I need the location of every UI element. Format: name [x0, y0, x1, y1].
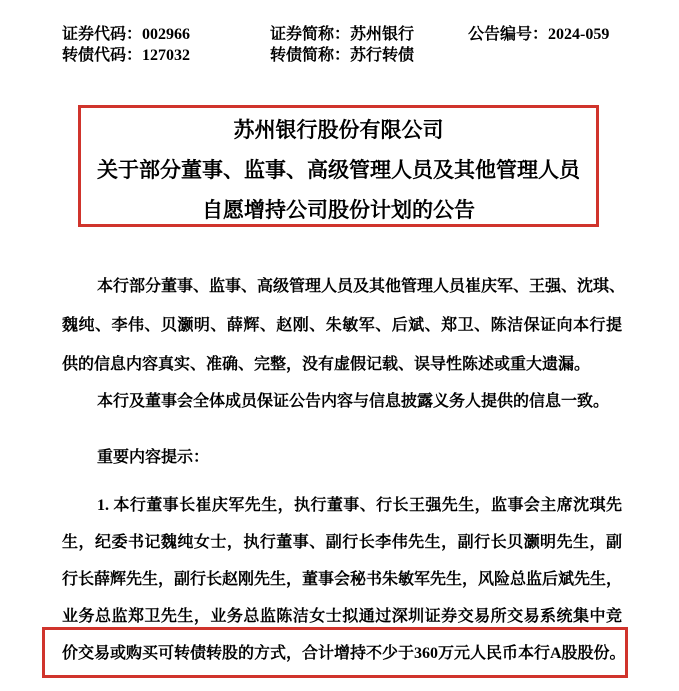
p2-line-1: 本行及董事会全体成员保证公告内容与信息披露义务人提供的信息一致。 [62, 382, 622, 421]
p3-line-3: 行长薛辉先生，副行长赵刚先生，董事会秘书朱敏军先生，风险总监后斌先生， [62, 561, 622, 598]
section-heading-important-notes: 重要内容提示： [62, 438, 622, 477]
title-red-box: 苏州银行股份有限公司 关于部分董事、监事、高级管理人员及其他管理人员 自愿增持公… [78, 105, 599, 227]
p3-line-2: 生，纪委书记魏纯女士，执行董事、副行长李伟先生，副行长贝灏明先生，副 [62, 524, 622, 561]
convertible-bond-short-name: 转债简称：苏行转债 [270, 45, 414, 66]
p1-line-2: 魏纯、李伟、贝灏明、薛辉、赵刚、朱敏军、后斌、郑卫、陈洁保证向本行提 [62, 306, 622, 345]
paragraph-board-statement: 本行及董事会全体成员保证公告内容与信息披露义务人提供的信息一致。 [62, 382, 622, 421]
p1-line-3: 供的信息内容真实、准确、完整，没有虚假记载、误导性陈述或重大遗漏。 [62, 345, 622, 384]
paragraph-increase-plan: 1. 本行董事长崔庆军先生，执行董事、行长王强先生，监事会主席沈琪先 生，纪委书… [62, 487, 622, 672]
header-names-column: 证券简称：苏州银行 转债简称：苏行转债 [270, 24, 414, 66]
security-code: 证券代码：002966 [62, 24, 190, 45]
convertible-bond-code: 转债代码：127032 [62, 45, 190, 66]
announcement-page: 证券代码：002966 转债代码：127032 证券简称：苏州银行 转债简称：苏… [0, 0, 679, 691]
title-line-plan: 自愿增持公司股份计划的公告 [81, 190, 596, 230]
paragraph-guarantee: 本行部分董事、监事、高级管理人员及其他管理人员崔庆军、王强、沈琪、 魏纯、李伟、… [62, 267, 622, 384]
title-line-subject: 关于部分董事、监事、高级管理人员及其他管理人员 [81, 150, 596, 190]
header-codes-column: 证券代码：002966 转债代码：127032 [62, 24, 190, 66]
announcement-number: 公告编号：2024-059 [468, 24, 609, 45]
section-heading-text: 重要内容提示： [62, 438, 622, 477]
p3-line-1: 1. 本行董事长崔庆军先生，执行董事、行长王强先生，监事会主席沈琪先 [62, 487, 622, 524]
security-short-name: 证券简称：苏州银行 [270, 24, 414, 45]
p3-line-4: 业务总监郑卫先生，业务总监陈洁女士拟通过深圳证券交易所交易系统集中竞 [62, 598, 622, 635]
title-line-company: 苏州银行股份有限公司 [81, 110, 596, 150]
header-number-column: 公告编号：2024-059 [468, 24, 609, 45]
p3-line-5-highlighted: 价交易或购买可转债转股的方式，合计增持不少于360万元人民币本行A股股份。 [62, 635, 622, 672]
p1-line-1: 本行部分董事、监事、高级管理人员及其他管理人员崔庆军、王强、沈琪、 [62, 267, 622, 306]
